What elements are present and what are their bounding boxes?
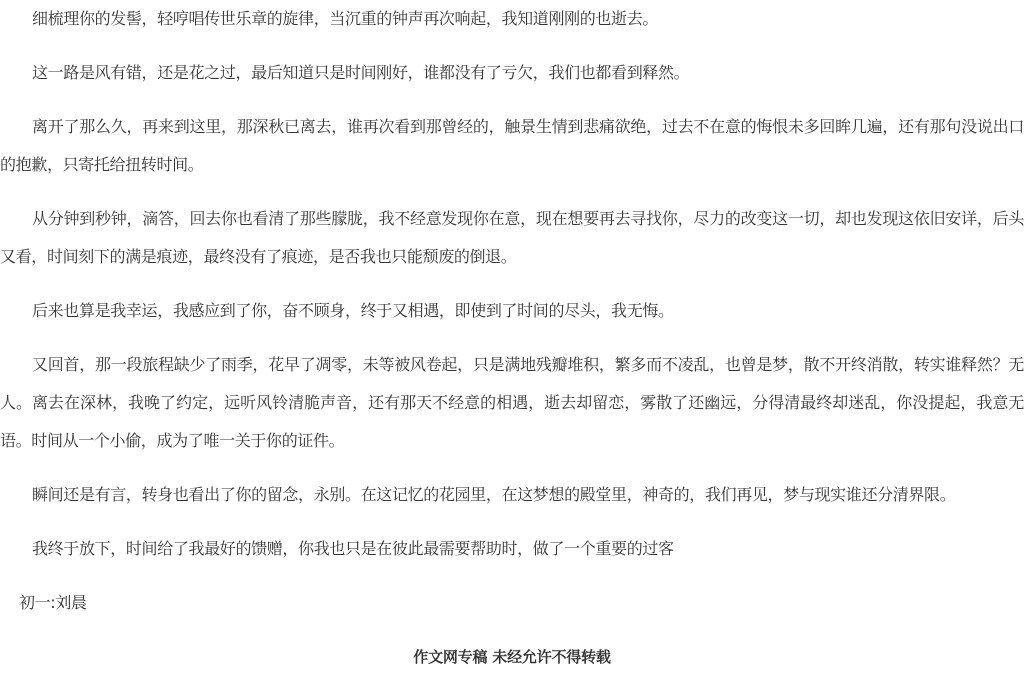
paragraph-2: 这一路是风有错，还是花之过，最后知道只是时间刚好，谁都没有了亏欠，我们也都看到释… (0, 54, 1024, 92)
article-body: 细梳理你的发髻，轻哼唱传世乐章的旋律，当沉重的钟声再次响起，我知道刚刚的也逝去。… (0, 0, 1024, 676)
paragraph-4: 从分钟到秒钟，滴答，回去你也看清了那些朦胧，我不经意发现你在意，现在想要再去寻找… (0, 200, 1024, 276)
author-signature: 初一:刘晨 (0, 584, 1024, 622)
paragraph-1: 细梳理你的发髻，轻哼唱传世乐章的旋律，当沉重的钟声再次响起，我知道刚刚的也逝去。 (0, 0, 1024, 38)
paragraph-6: 又回首，那一段旅程缺少了雨季，花早了凋零，未等被风卷起，只是满地残瓣堆积，繁多而… (0, 346, 1024, 460)
paragraph-8: 我终于放下，时间给了我最好的馈赠，你我也只是在彼此最需要帮助时，做了一个重要的过… (0, 530, 1024, 568)
copyright-notice: 作文网专稿 未经允许不得转载 (0, 638, 1024, 676)
paragraph-7: 瞬间还是有言，转身也看出了你的留念，永别。在这记忆的花园里，在这梦想的殿堂里，神… (0, 476, 1024, 514)
paragraph-5: 后来也算是我幸运，我感应到了你，奋不顾身，终于又相遇，即使到了时间的尽头，我无悔… (0, 292, 1024, 330)
paragraph-3: 离开了那么久，再来到这里，那深秋已离去，谁再次看到那曾经的，触景生情到悲痛欲绝，… (0, 108, 1024, 184)
